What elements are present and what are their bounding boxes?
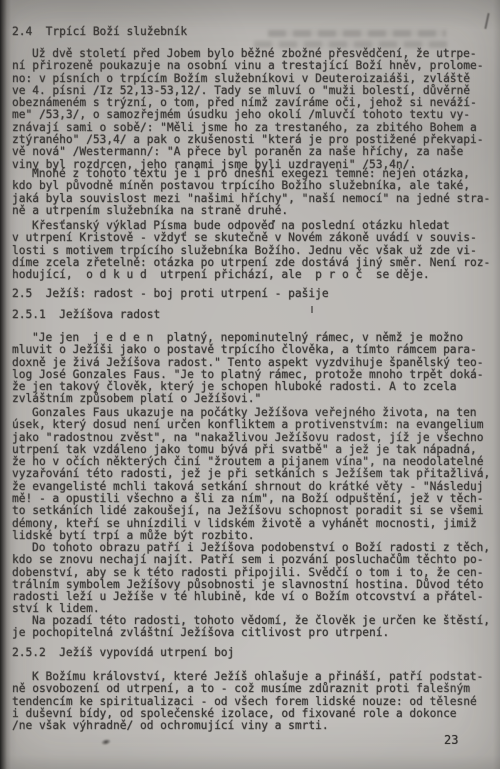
page-number: 23 — [444, 734, 458, 747]
section-heading-2-4: 2.4 Trpící Boží služebník — [12, 26, 496, 38]
section-heading-2-5-2: 2.5.2 Ježíš vypovídá utrpení boj — [12, 647, 496, 659]
paragraph: Do tohoto obrazu patří i Ježíšova podobe… — [12, 542, 496, 616]
paragraph: Na pozadí této radosti, tohoto vědomí, ž… — [12, 615, 496, 640]
ink-smudge — [100, 738, 111, 746]
paragraph: Mnohé z tohoto textu je i pro dnešní exe… — [12, 168, 496, 217]
scanned-document-page: 2.4 Trpící Boží služebník Už dvě století… — [0, 0, 500, 769]
paragraph: "Je jen j e d e n platný, nepominutelný … — [12, 332, 496, 406]
paragraph: Už dvě století před Jobem bylo běžné zbo… — [12, 48, 496, 171]
paragraph: Křesťanský výklad Písma bude odpověď na … — [12, 220, 496, 281]
paragraph: Gonzales Faus ukazuje na počátky Ježíšov… — [12, 407, 496, 542]
section-heading-2-5-1: 2.5.1 Ježíšova radost — [12, 309, 496, 321]
paragraph: K Božímu království, které Ježíš ohlašuj… — [12, 671, 496, 732]
section-heading-2-5: 2.5 Ježíš: radost - boj proti utrpení - … — [12, 288, 496, 300]
